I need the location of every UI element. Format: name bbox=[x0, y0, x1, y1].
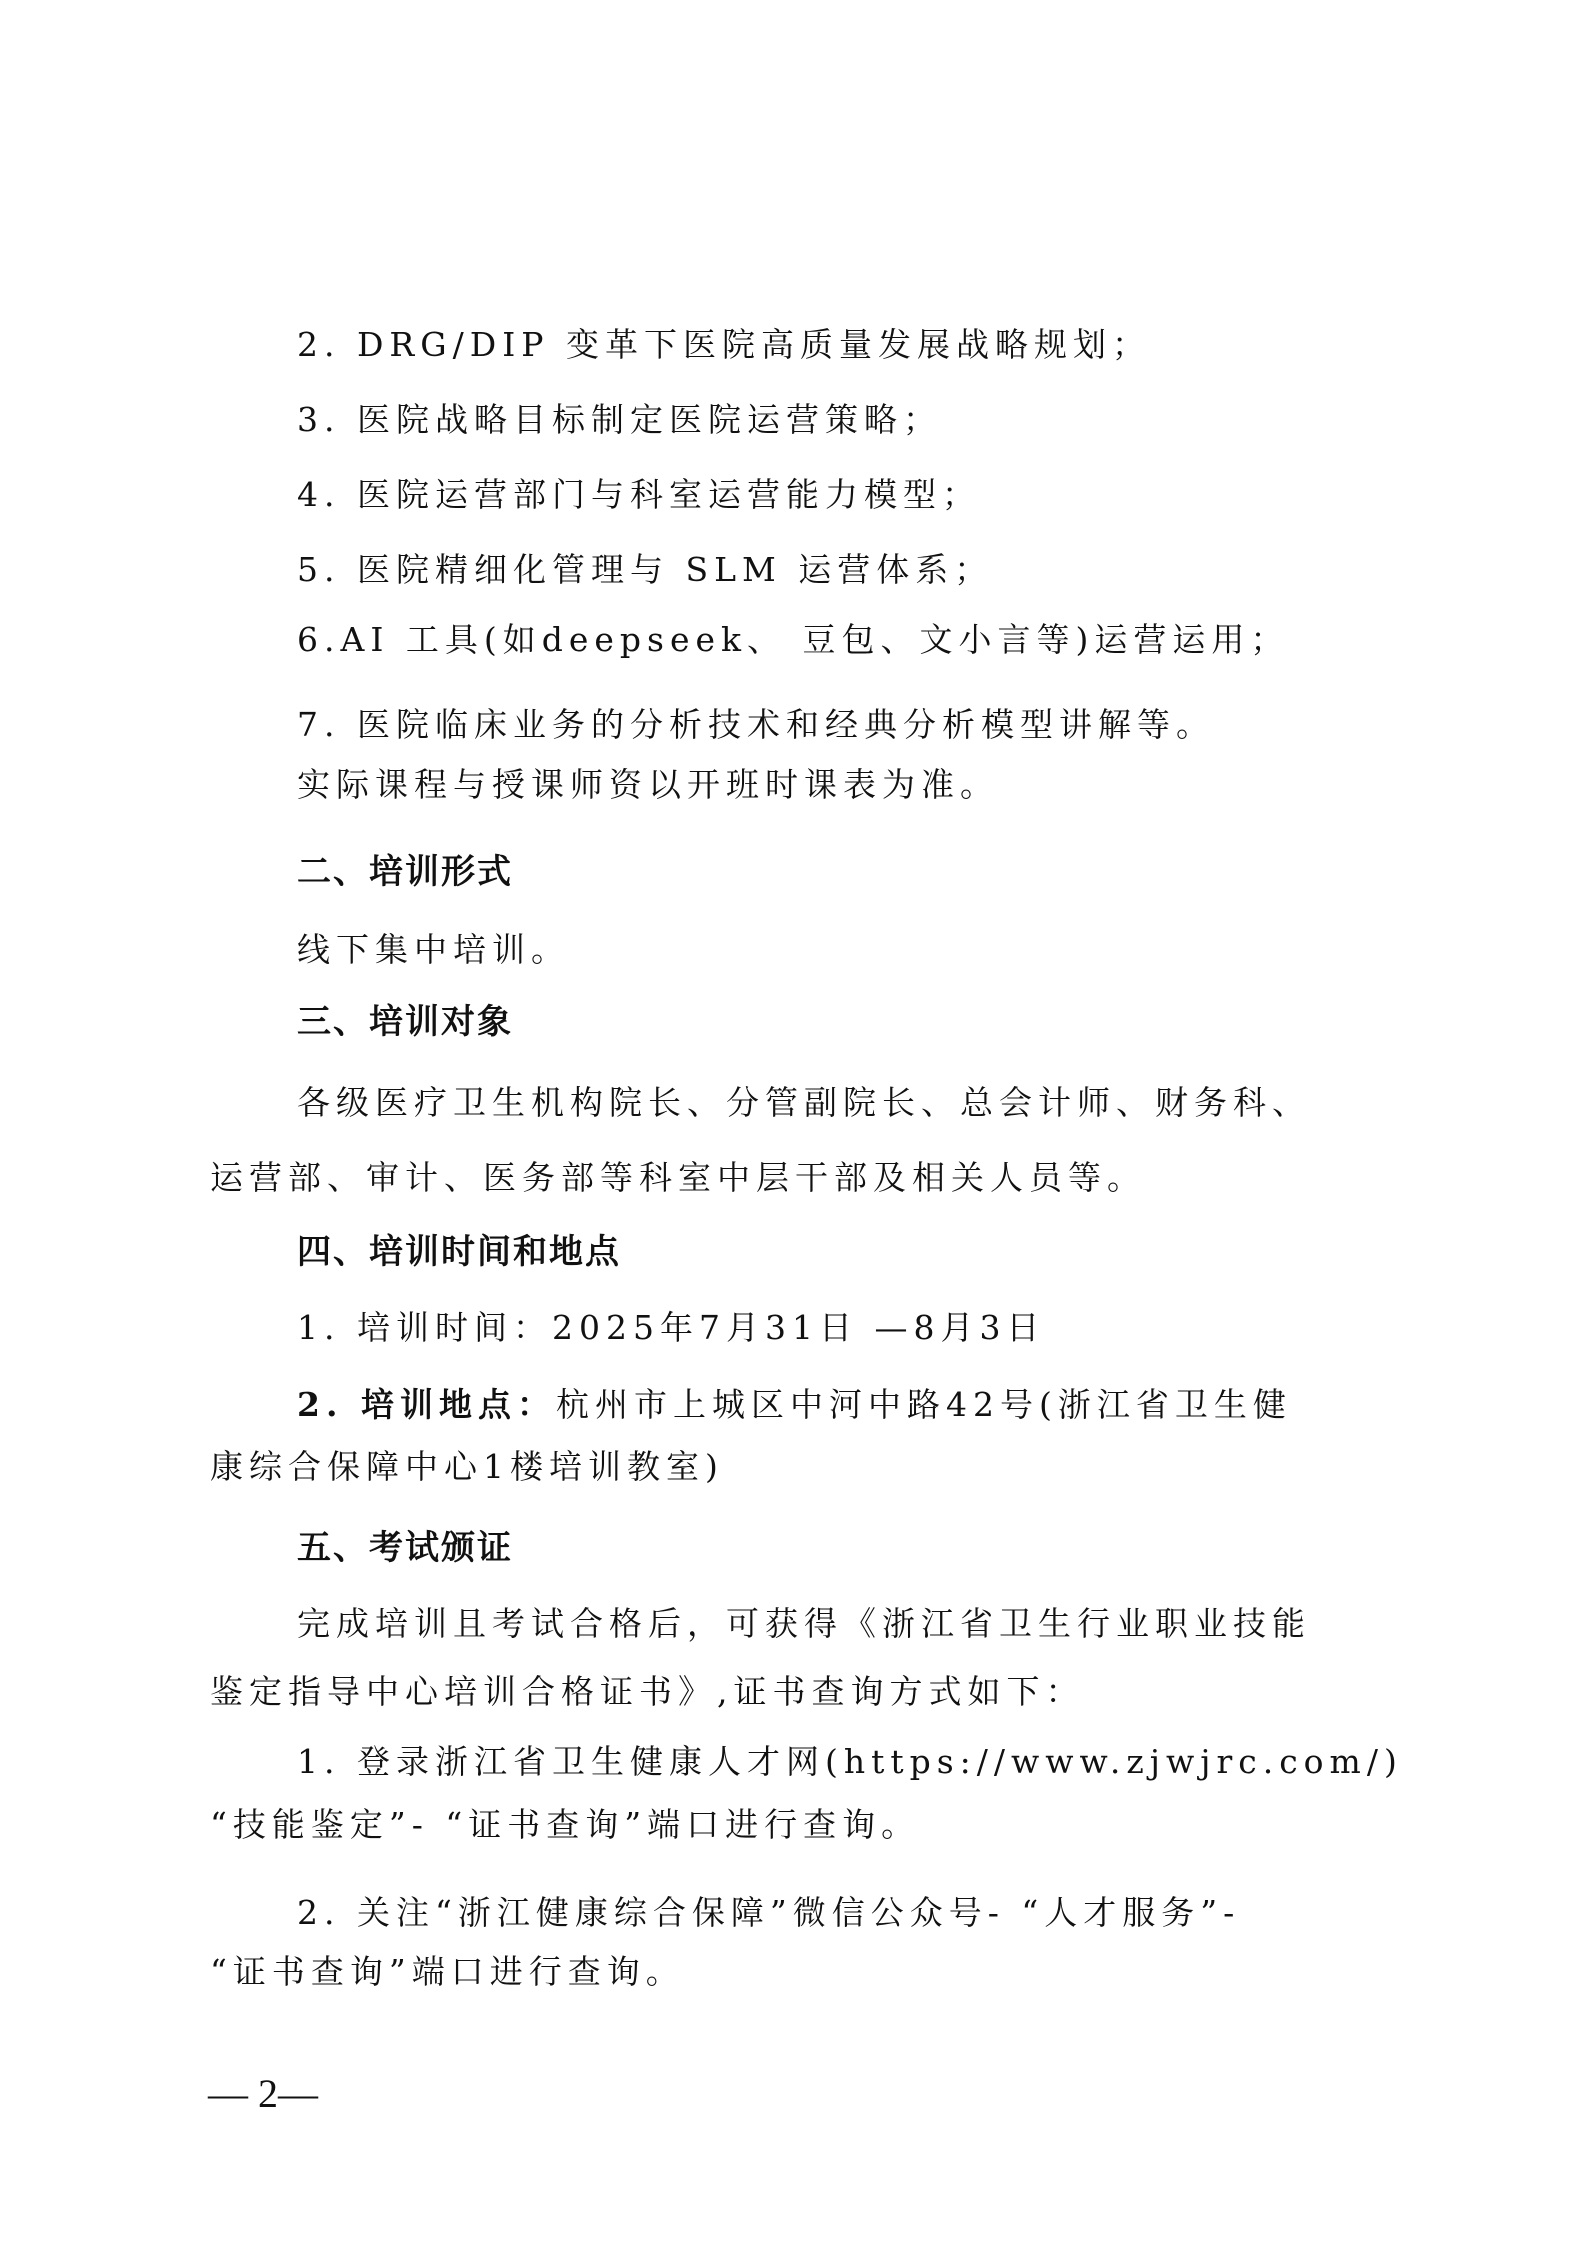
query-method1-line1: 1. 登录浙江省卫生健康人才网(https://www.zjwjrc.com/) bbox=[297, 1742, 1403, 1782]
course-item-5: 5. 医院精细化管理与 SLM 运营体系； bbox=[297, 550, 993, 590]
query-method2-line2: “证书查询”端口进行查询。 bbox=[210, 1952, 685, 1992]
training-format-text: 线下集中培训。 bbox=[297, 930, 570, 970]
training-place-value: 杭州市上城区中河中路42号(浙江省卫生健 bbox=[556, 1385, 1292, 1424]
document-page: 2. DRG/DIP 变革下医院高质量发展战略规划； 3. 医院战略目标制定医院… bbox=[0, 0, 1586, 2244]
training-place-line1: 2. 培训地点：杭州市上城区中河中路42号(浙江省卫生健 bbox=[297, 1385, 1292, 1425]
query-method1-line2: “技能鉴定”- “证书查询”端口进行查询。 bbox=[210, 1805, 920, 1845]
course-item-2: 2. DRG/DIP 变革下医院高质量发展战略规划； bbox=[297, 325, 1151, 365]
course-item-6: 6.AI 工具(如deepseek、 豆包、文小言等)运营运用； bbox=[297, 620, 1289, 660]
page-number: — 2— bbox=[208, 2072, 318, 2116]
certificate-text-line2: 鉴定指导中心培训合格证书》,证书查询方式如下： bbox=[210, 1672, 1085, 1712]
section-heading-exam-certificate: 五、考试颁证 bbox=[297, 1528, 513, 1568]
training-place-line2: 康综合保障中心1楼培训教室) bbox=[210, 1447, 724, 1487]
section-heading-training-audience: 三、培训对象 bbox=[297, 1002, 513, 1042]
certificate-text-line1: 完成培训且考试合格后，可获得《浙江省卫生行业职业技能 bbox=[297, 1604, 1311, 1644]
training-place-label: 2. 培训地点： bbox=[297, 1385, 556, 1424]
course-note: 实际课程与授课师资以开班时课表为准。 bbox=[297, 765, 999, 805]
course-item-4: 4. 医院运营部门与科室运营能力模型； bbox=[297, 475, 981, 515]
training-audience-line1: 各级医疗卫生机构院长、分管副院长、总会计师、财务科、 bbox=[297, 1083, 1311, 1123]
training-time-label: 1. 培训时间： bbox=[297, 1308, 552, 1347]
training-time: 1. 培训时间：2025年7月31日 —8月3日 bbox=[297, 1308, 1045, 1348]
section-heading-time-place: 四、培训时间和地点 bbox=[297, 1232, 621, 1272]
section-heading-training-format: 二、培训形式 bbox=[297, 852, 513, 892]
training-time-value: 2025年7月31日 —8月3日 bbox=[552, 1308, 1045, 1347]
query-method2-line1: 2. 关注“浙江健康综合保障”微信公众号- “人才服务”- bbox=[297, 1893, 1240, 1933]
course-item-7: 7. 医院临床业务的分析技术和经典分析模型讲解等。 bbox=[297, 705, 1215, 745]
training-audience-line2: 运营部、审计、医务部等科室中层干部及相关人员等。 bbox=[210, 1158, 1146, 1198]
course-item-3: 3. 医院战略目标制定医院运营策略； bbox=[297, 400, 942, 440]
